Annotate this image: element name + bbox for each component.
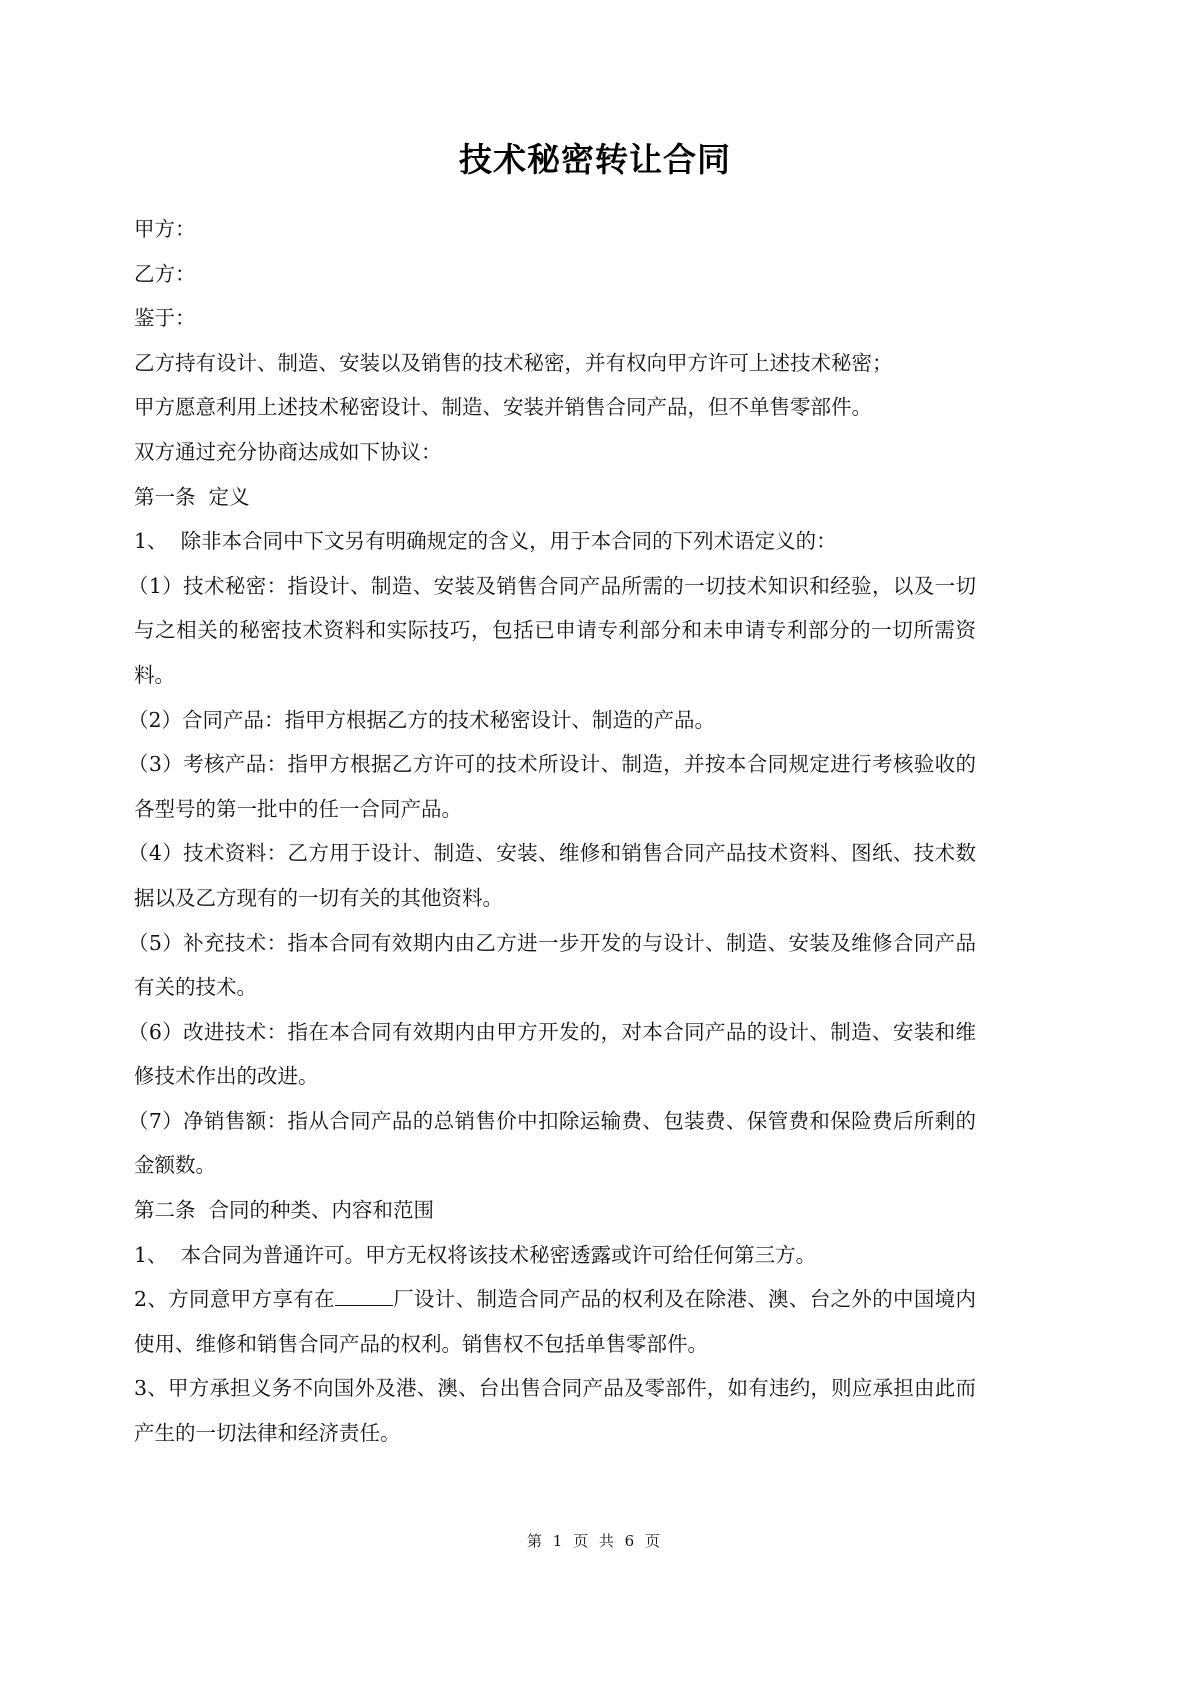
article-heading: 第二条 合同的种类、内容和范围 xyxy=(134,1188,976,1233)
article-heading: 第一条 定义 xyxy=(134,475,976,520)
party-a-label: 甲方： xyxy=(134,207,976,252)
definition-clause: （2）合同产品：指甲方根据乙方的技术秘密设计、制造的产品。 xyxy=(134,698,976,743)
clause-with-blank: 2、方同意甲方享有在厂设计、制造合同产品的权利及在除港、澳、台之外的中国境内使用… xyxy=(134,1277,976,1366)
clause: 1、 除非本合同中下文另有明确规定的含义，用于本合同的下列术语定义的： xyxy=(134,519,976,564)
whereas-label: 鉴于： xyxy=(134,296,976,341)
clause: 1、 本合同为普通许可。甲方无权将该技术秘密透露或许可给任何第三方。 xyxy=(134,1233,976,1278)
definition-clause: （5）补充技术：指本合同有效期内由乙方进一步开发的与设计、制造、安装及维修合同产… xyxy=(134,921,976,1010)
page-indicator: 第 1 页 共 6 页 xyxy=(0,1530,1190,1551)
document-page: 技术秘密转让合同 甲方： 乙方： 鉴于： 乙方持有设计、制造、安装以及销售的技术… xyxy=(0,0,1190,1683)
clause-text: 2、方同意甲方享有在 xyxy=(134,1287,335,1311)
document-title: 技术秘密转让合同 xyxy=(0,138,1190,182)
definition-clause: （4）技术资料：乙方用于设计、制造、安装、维修和销售合同产品技术资料、图纸、技术… xyxy=(134,831,976,920)
clause: 3、甲方承担义务不向国外及港、澳、台出售合同产品及零部件，如有违约，则应承担由此… xyxy=(134,1366,976,1455)
definition-clause: （1）技术秘密：指设计、制造、安装及销售合同产品所需的一切技术知识和经验，以及一… xyxy=(134,564,976,698)
document-body: 甲方： 乙方： 鉴于： 乙方持有设计、制造、安装以及销售的技术秘密，并有权向甲方… xyxy=(134,207,976,1456)
party-b-label: 乙方： xyxy=(134,252,976,297)
definition-clause: （3）考核产品：指甲方根据乙方许可的技术所设计、制造，并按本合同规定进行考核验收… xyxy=(134,742,976,831)
definition-clause: （6）改进技术：指在本合同有效期内由甲方开发的，对本合同产品的设计、制造、安装和… xyxy=(134,1010,976,1099)
agreement-intro: 双方通过充分协商达成如下协议： xyxy=(134,430,976,475)
definition-clause: （7）净销售额：指从合同产品的总销售价中扣除运输费、包装费、保管费和保险费后所剩… xyxy=(134,1099,976,1188)
fill-in-blank xyxy=(335,1287,393,1306)
whereas-clause: 乙方持有设计、制造、安装以及销售的技术秘密，并有权向甲方许可上述技术秘密； xyxy=(134,341,976,386)
whereas-clause: 甲方愿意利用上述技术秘密设计、制造、安装并销售合同产品，但不单售零部件。 xyxy=(134,385,976,430)
